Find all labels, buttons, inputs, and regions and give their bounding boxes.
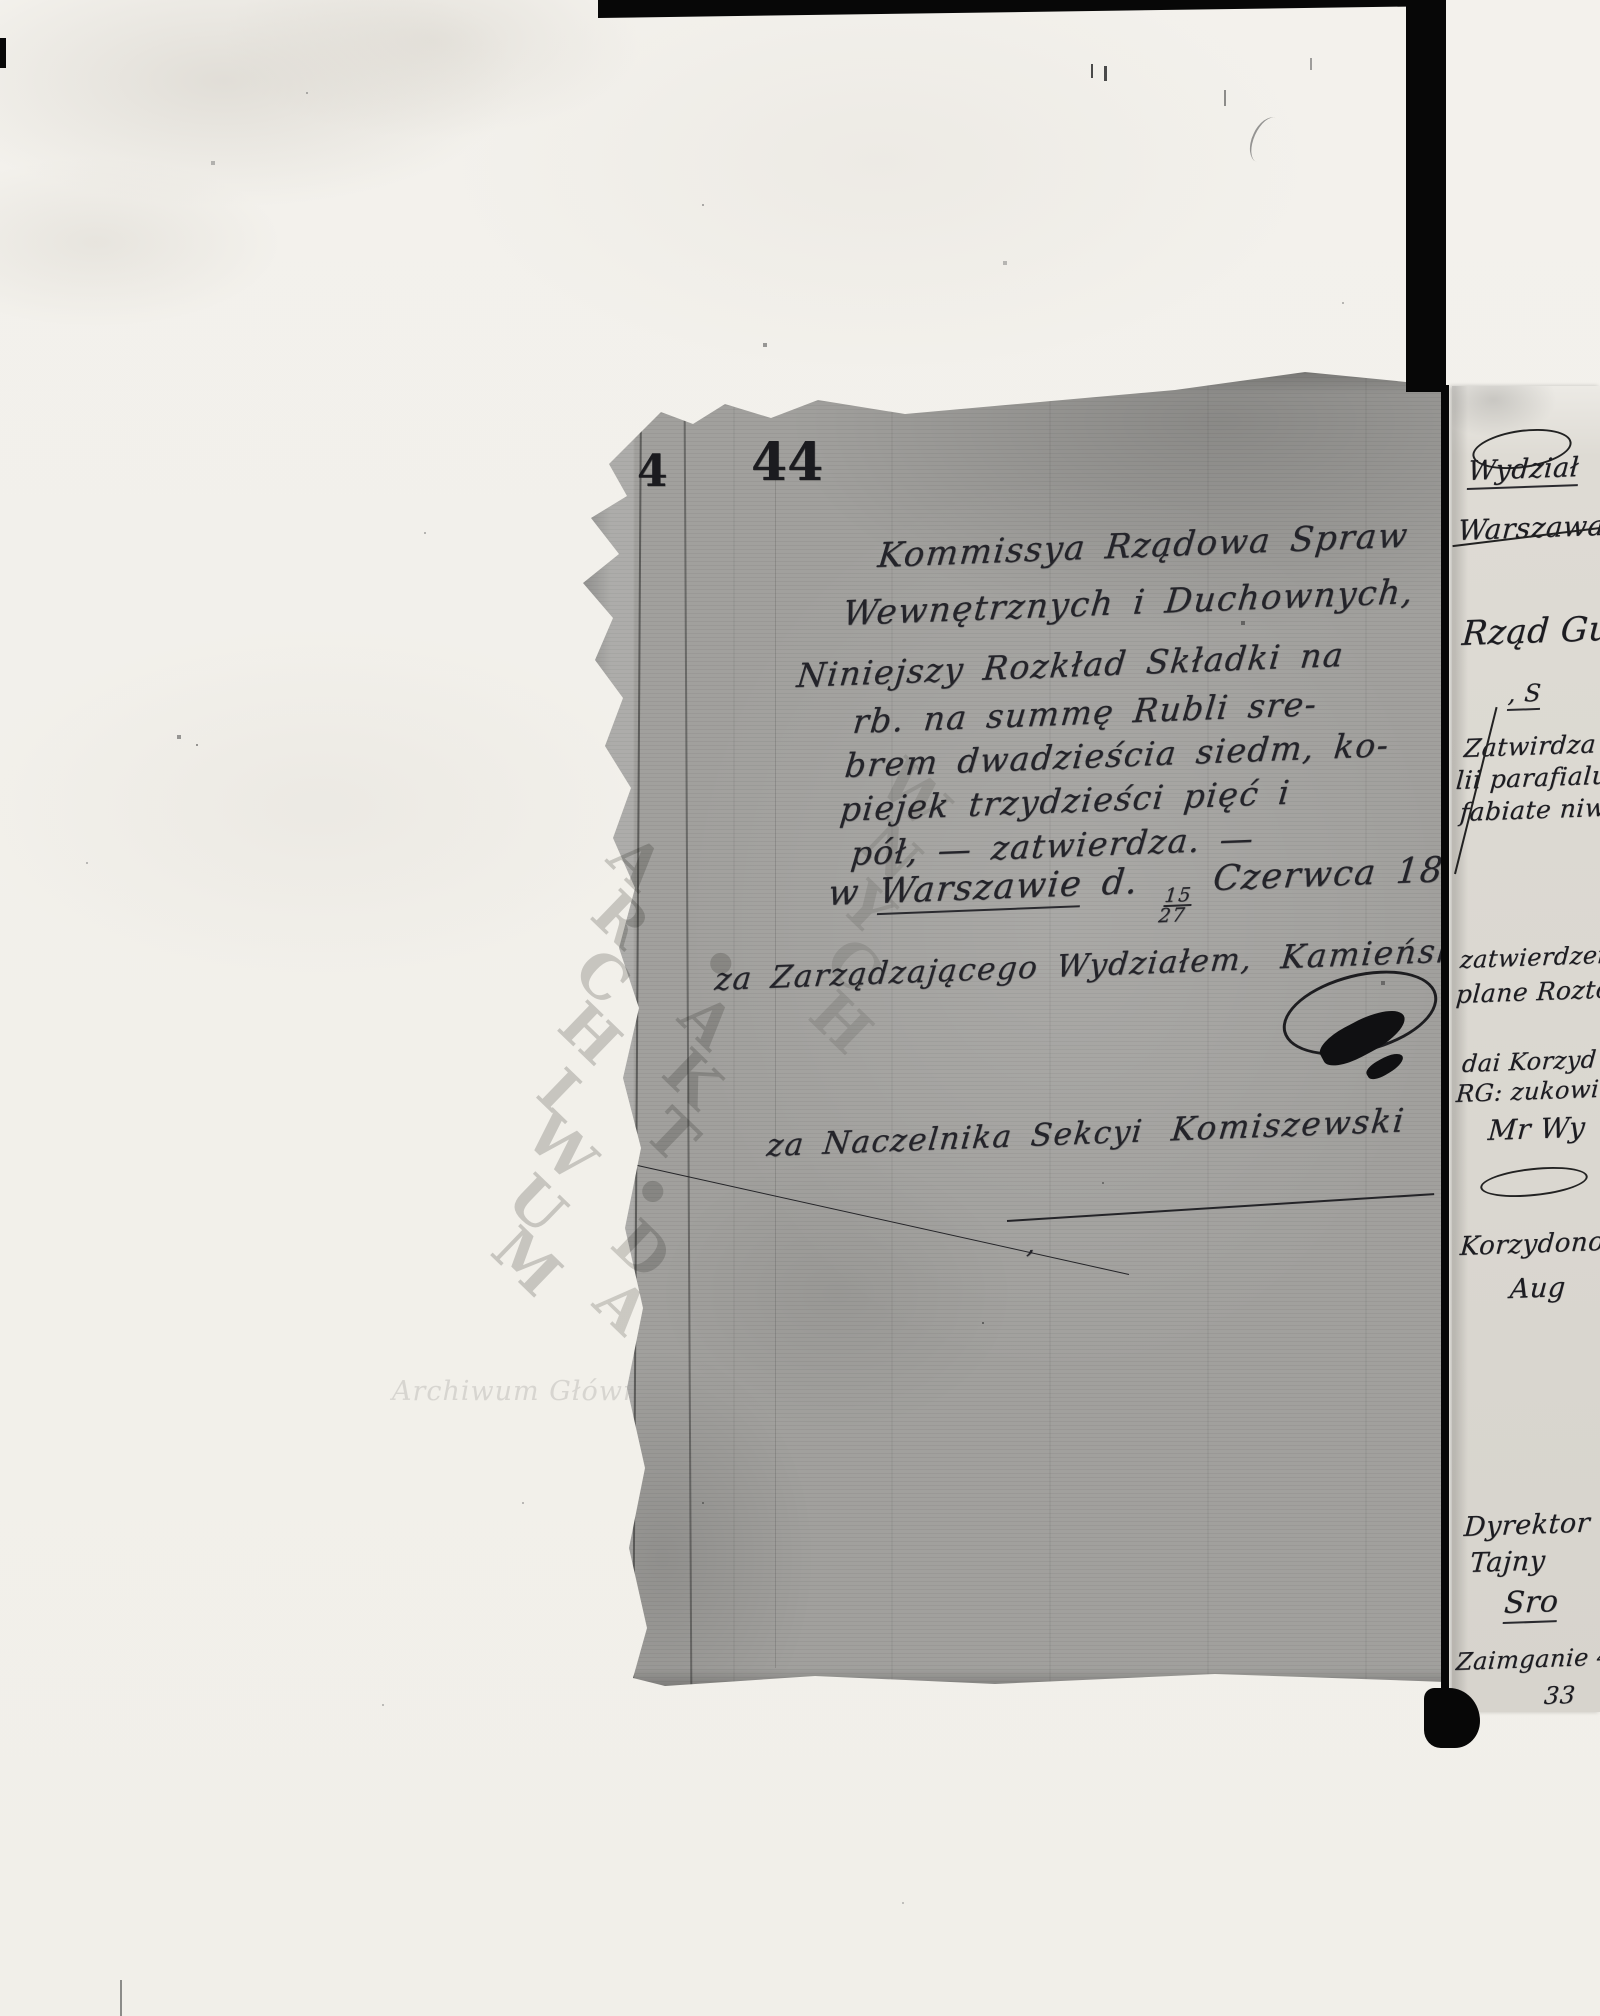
film-tick-mark	[1224, 90, 1226, 106]
facing-page: Wydział Warszawa Rząd Gu , S Zatwirdza l…	[1452, 386, 1600, 1712]
facing-flourish-ellipse	[1479, 1162, 1589, 1201]
folio-number: 44	[751, 432, 823, 493]
signature-underline-flourish	[1007, 1193, 1434, 1222]
film-nub-left	[0, 38, 6, 68]
facing-signature-2: Sro	[1503, 1584, 1560, 1624]
facing-annotation-number: 33	[1543, 1681, 1576, 1710]
chain-line	[775, 448, 776, 1668]
facing-signature-1: Mr Wy	[1487, 1111, 1587, 1148]
folio-number-old: 4	[637, 446, 668, 497]
facing-line-6: dai Korzyd	[1461, 1045, 1598, 1078]
facing-title-line: Dyrektor	[1463, 1508, 1591, 1543]
dateline-month-year: Czerwca 184	[1211, 849, 1469, 899]
facing-authority: Rząd Gu	[1461, 609, 1600, 654]
dateline-place: Warszawie	[877, 864, 1084, 915]
manuscript-line-1: Kommissya Rządowa Spraw	[876, 516, 1411, 577]
manuscript-line-2: Wewnętrznych i Duchownych,	[841, 572, 1416, 634]
scan-hairline	[120, 1980, 122, 2016]
facing-subheading: , S	[1507, 679, 1542, 711]
film-tick-mark	[1104, 66, 1107, 81]
ink-blot-small	[1364, 1049, 1407, 1083]
facing-heading: Wydział	[1467, 452, 1580, 490]
dateline-day-gregorian: 27	[1158, 906, 1187, 925]
manuscript-page: 4 44 Kommissya Rządowa Spraw Wewnętrznyc…	[575, 368, 1447, 1690]
flourish-comma: ,	[1025, 1230, 1038, 1261]
left-fold-crease-2	[684, 420, 692, 1686]
signature-2-label: za Naczelnika Sekcyi	[765, 1113, 1145, 1164]
film-tick-mark	[1091, 64, 1093, 78]
stray-pen-stroke	[633, 1164, 1129, 1275]
signature-1-label: za Zarządzającego Wydziałem,	[713, 941, 1254, 998]
facing-line-5: plane Rozto	[1455, 975, 1600, 1010]
dateline-prefix: w	[826, 873, 862, 914]
facing-line-4: zatwierdzei	[1459, 941, 1600, 974]
film-tick-mark	[1310, 58, 1312, 70]
facing-line-3: fabiate niwa	[1459, 792, 1600, 827]
dateline-day-word: d.	[1100, 862, 1141, 904]
facing-annotation: Zaimganie 46	[1455, 1642, 1600, 1676]
facing-line-8: Korzydono	[1459, 1227, 1600, 1262]
dateline-double-date: 15 27	[1158, 886, 1189, 926]
signature-2-name: Komiszewski	[1170, 1101, 1408, 1148]
dust-specks	[0, 0, 2, 2]
page-gutter-line	[1441, 385, 1449, 1695]
film-band-right-top	[1406, 0, 1446, 392]
signature-line-2: za Naczelnika Sekcyi Komiszewski	[765, 1101, 1407, 1164]
facing-title-line-2: Tajny	[1469, 1545, 1547, 1579]
dateline-day-julian: 15	[1163, 886, 1193, 907]
facing-line-9: Aug	[1509, 1272, 1567, 1305]
facing-line-7: RG: zukowi	[1455, 1075, 1600, 1108]
